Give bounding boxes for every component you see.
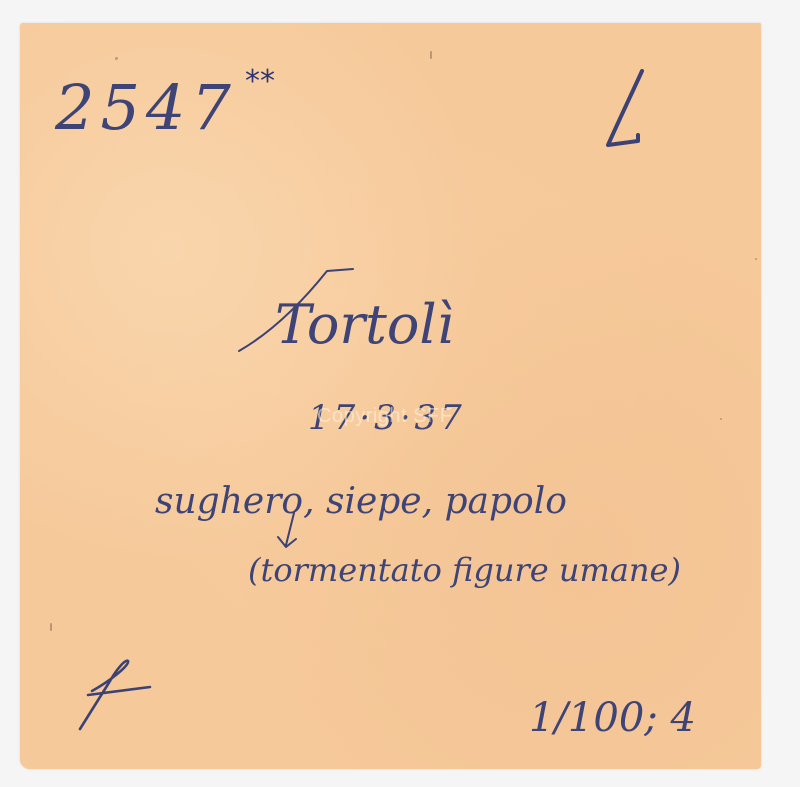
index-card: 2547 ** Tortolì 17·3·37 Copyright SFF (20, 23, 761, 769)
corner-letter (580, 63, 660, 166)
copyright-watermark: Copyright SFF (317, 405, 452, 428)
place-name-text: Tortolì (275, 293, 454, 356)
place-name: Tortolì (235, 251, 565, 364)
bottom-left-mark (70, 651, 190, 754)
bottom-right-note: 1/100; 4 (525, 673, 745, 766)
scan-background: 2547 ** Tortolì 17·3·37 Copyright SFF (0, 0, 800, 787)
paper-speck (50, 623, 52, 631)
catalog-number-text: 2547 (54, 71, 237, 144)
subject-line-2: (tormentato figure umane) (248, 531, 768, 614)
subject-line-1-text: sughero, siepe, papolo (155, 481, 567, 522)
bottom-right-note-text: 1/100; 4 (529, 695, 696, 741)
catalog-stars: ** (245, 64, 275, 99)
subject-line-1: sughero, siepe, papolo (155, 463, 755, 536)
catalog-number: 2547 ** (55, 51, 315, 154)
paper-speck (430, 51, 432, 59)
paper-speck (755, 258, 757, 260)
paper-speck (720, 418, 722, 420)
subject-line-2-text: (tormentato figure umane) (248, 551, 681, 589)
